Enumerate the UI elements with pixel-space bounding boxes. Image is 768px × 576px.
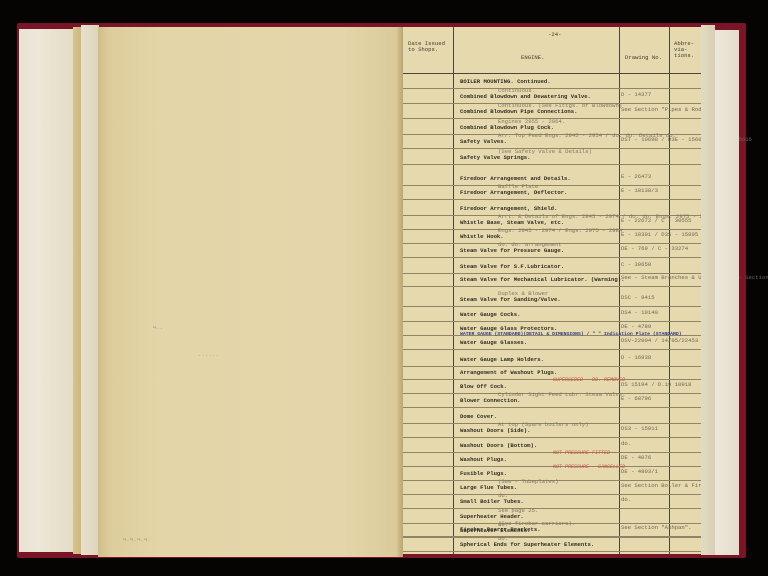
engine-cell: Water Gauge Lamp Holders. xyxy=(460,356,544,363)
overlay-note: Continuous. xyxy=(498,87,535,94)
engine-cell: Arrangement of Washout Plugs. xyxy=(460,369,557,376)
engine-cell: Dome Cover. xyxy=(460,413,497,420)
overlay-note: Engines 2955 - 2964. xyxy=(498,118,565,125)
right-page-edges xyxy=(701,25,715,555)
header-abbreviations: Abbre- via- tions. xyxy=(674,41,698,59)
table-row: Safety Valves.DST - 10698 / D3E - 15607 … xyxy=(403,134,701,148)
header-drawing-no: Drawing No. xyxy=(625,55,662,61)
row-rule xyxy=(403,536,701,537)
drawing-cell: DE - 4789 xyxy=(621,323,651,330)
table-row: Firedoor Arrangement and Details.E - 264… xyxy=(403,171,701,185)
row-rule xyxy=(403,551,701,552)
engine-cell: Combined Blowdown Pipe Connections. xyxy=(460,108,578,115)
engine-cell: Safety Valves. xyxy=(460,138,507,145)
drawing-cell: DS 15194 / D.19 10918 xyxy=(621,381,692,388)
engine-cell: Water Gauge Cocks. xyxy=(460,311,520,318)
row-rule xyxy=(403,164,701,165)
overlay-note: (See - Tubeplates) xyxy=(498,478,558,485)
right-flyleaf xyxy=(715,30,739,555)
table-row: BOILER MOUNTING. Continued. xyxy=(403,74,701,88)
table-row: Washout Doors (Bottom).do. xyxy=(403,438,701,452)
table-row: Combined Blowdown and Dewatering Valve.D… xyxy=(403,89,701,103)
table-row: Spherical Ends for Superheater Elements.… xyxy=(403,537,701,551)
table-row: Arrangement of Washout Plugs. xyxy=(403,365,701,379)
engine-cell: Steam Valve for Pressure Gauge. xyxy=(460,247,564,254)
engine-cell: Washout Plugs. xyxy=(460,456,507,463)
table-row: Firebar Bearer Brackets.See Section "Ash… xyxy=(403,522,701,536)
engine-cell: Whistle Hook. xyxy=(460,233,504,240)
overlay-note: do. xyxy=(498,492,508,499)
drawing-cell: E - 26473 xyxy=(621,173,651,180)
table-row: Steam Valve for Mechanical Lubricator. (… xyxy=(403,272,701,286)
drawing-cell: D - 14377 xyxy=(621,91,651,98)
overlay-note: Cylinder Sight Feed Lubr. Steam Valve. xyxy=(498,391,626,398)
overlay-note: Arrt. & Details of Engs. 2945 - 2974 / d… xyxy=(498,213,713,220)
engine-cell: Fusible Plugs. xyxy=(460,470,507,477)
overlay-note: WATER GAUGE (STANDARD)(DETAIL & DIMENSIO… xyxy=(460,332,682,337)
engine-cell: Firebar Bearer Brackets. xyxy=(460,526,541,533)
binding-stub-inner xyxy=(81,25,99,555)
table-row: Steam Valve for Pressure Gauge.DE - 769 … xyxy=(403,243,701,257)
left-page: ч.. ...... ч.ч.ч.ч. xyxy=(98,27,403,557)
overlay-note: Duplex & Blower xyxy=(498,290,548,297)
overlay-note: do. do. arrangement xyxy=(498,241,562,248)
table-header: Date Issued to Shops. ENGINE. Drawing No… xyxy=(403,27,701,74)
table-row: Water Gauge Glasses.DSV-22004 / 14/05/22… xyxy=(403,335,701,349)
drawing-cell: DE - 769 / C - 33274 xyxy=(621,245,688,252)
faint-mark: ч.. xyxy=(153,325,164,331)
table-row: Steam Valve for Sanding/Valve.DSC - 9415… xyxy=(403,292,701,306)
engine-cell: Firedoor Arrangement, Shield. xyxy=(460,205,557,212)
overlay-note: See page 25. xyxy=(498,507,538,514)
engine-cell: Superheater Header. xyxy=(460,513,524,520)
drawing-cell: E - 18301 / D3S - 15895 xyxy=(621,231,698,238)
drawing-cell: See Section "Ashpan". xyxy=(621,524,692,531)
overlay-note: (See firebar carriers). xyxy=(498,520,575,527)
overlay-note: Baffle Plate xyxy=(498,183,538,190)
header-engine: ENGINE. xyxy=(521,55,545,61)
row-rule xyxy=(403,199,701,200)
left-flyleaf-inner xyxy=(40,29,74,552)
handwritten-annotation: SUPERSEDED - DO. REMOVED xyxy=(553,377,625,383)
engine-cell: Small Boiler Tubes. xyxy=(460,498,524,505)
drawing-cell: See - Steam Branches & Unions. See - Sec… xyxy=(621,274,768,281)
engine-cell: Washout Doors (Bottom). xyxy=(460,442,537,449)
engine-cell: Steam Valve for Sanding/Valve. xyxy=(460,296,561,303)
engine-cell: Combined Blowdown and Dewatering Valve. xyxy=(460,93,591,100)
header-date-issued: Date Issued to Shops. xyxy=(408,41,448,53)
table-row: Water Gauge Lamp Holders.D - 16938 xyxy=(403,352,701,366)
engine-cell: Blow Off Cock. xyxy=(460,383,507,390)
overlay-note: (See Safety Valve & Details) xyxy=(498,148,592,155)
faint-mark: ч.ч.ч.ч. xyxy=(123,537,151,543)
engine-cell: Firedoor Arrangement, Deflector. xyxy=(460,189,567,196)
engine-cell: Blower Connection. xyxy=(460,397,520,404)
overlay-note: Arr. Top Feed Engs. 2945 - 2954 / do. do… xyxy=(498,132,676,139)
table-row: Safety Valve Springs.(See Safety Valve &… xyxy=(403,150,701,164)
drawing-cell: DS3 - 15911 xyxy=(621,425,658,432)
drawing-cell: DE - 4076 xyxy=(621,454,651,461)
drawing-cell: DE - 4803/1 xyxy=(621,468,658,475)
overlay-note: At top (Spare boilers only) xyxy=(498,421,589,428)
drawing-cell: DSC - 9415 xyxy=(621,294,655,301)
handwritten-annotation: NOT PRESSURE FITTED xyxy=(553,450,610,456)
table-row: Firedoor Arrangement, Deflector.E - 1813… xyxy=(403,185,701,199)
row-rule xyxy=(403,257,701,258)
row-rule xyxy=(403,286,701,287)
engine-cell: Safety Valve Springs. xyxy=(460,154,531,161)
engine-cell: Washout Doors (Side). xyxy=(460,427,531,434)
engine-cell: Large Flue Tubes. xyxy=(460,484,517,491)
table-row: Steam Valve for S.F.Lubricator.C - 30650 xyxy=(403,259,701,273)
drawing-cell: E - 18138/3 xyxy=(621,187,658,194)
drawing-cell: do. xyxy=(621,496,631,503)
drawing-cell: DSV-22004 / 14/05/22453 xyxy=(621,337,698,344)
engine-cell: BOILER MOUNTING. Continued. xyxy=(460,78,551,85)
engine-cell: Water Gauge Glasses. xyxy=(460,339,527,346)
row-rule xyxy=(403,407,701,408)
row-rule xyxy=(403,349,701,350)
engine-cell: Combined Blowdown Plug Cock. xyxy=(460,124,554,131)
overlay-note: Continuous. (See Fittgs. of Blowdown) xyxy=(498,102,622,109)
table-row: Large Flue Tubes.See Section Boiler & Fi… xyxy=(403,480,701,494)
drawing-cell: D - 16938 xyxy=(621,354,651,361)
overlay-note: Engs. 2945 - 2974 / Engs. 2975 - 2984 xyxy=(498,227,622,234)
drawing-cell: C - 30650 xyxy=(621,261,651,268)
engine-cell: Firedoor Arrangement and Details. xyxy=(460,175,571,182)
drawing-cell: do. xyxy=(621,440,631,447)
drawing-cell: See Section "Pipes & Rods" xyxy=(621,106,708,113)
table-row: Blower Connection.E - 68796Cylinder Sigh… xyxy=(403,393,701,407)
table-row: Combined Blowdown Pipe Connections.See S… xyxy=(403,104,701,118)
table-row: Small Boiler Tubes.do.do. xyxy=(403,494,701,508)
engine-cell: Whistle Base, Steam Valve, etc. xyxy=(460,219,564,226)
faint-mark: ...... xyxy=(198,352,219,358)
binding-stub xyxy=(73,27,81,554)
engine-cell: Steam Valve for S.F.Lubricator. xyxy=(460,263,564,270)
engine-cell: Spherical Ends for Superheater Elements. xyxy=(460,541,594,548)
engine-cell: Steam Valve for Mechanical Lubricator. (… xyxy=(460,276,624,283)
drawing-cell: DS4 - 10140 xyxy=(621,309,658,316)
table-row: Washout Doors (Side).DS3 - 15911At top (… xyxy=(403,423,701,437)
handwritten-annotation: NOT PRESSURE - CANCELLED xyxy=(553,464,625,470)
table-row: Water Gauge Cocks.DS4 - 10140 xyxy=(403,307,701,321)
right-page-ledger: -24- Date Issued to Shops. ENGINE. Drawi… xyxy=(403,27,701,554)
engine-cell: Water Gauge Glass Protectors. xyxy=(460,325,557,332)
table-row: Washout Plugs.DE - 4076NOT PRESSURE FITT… xyxy=(403,452,701,466)
